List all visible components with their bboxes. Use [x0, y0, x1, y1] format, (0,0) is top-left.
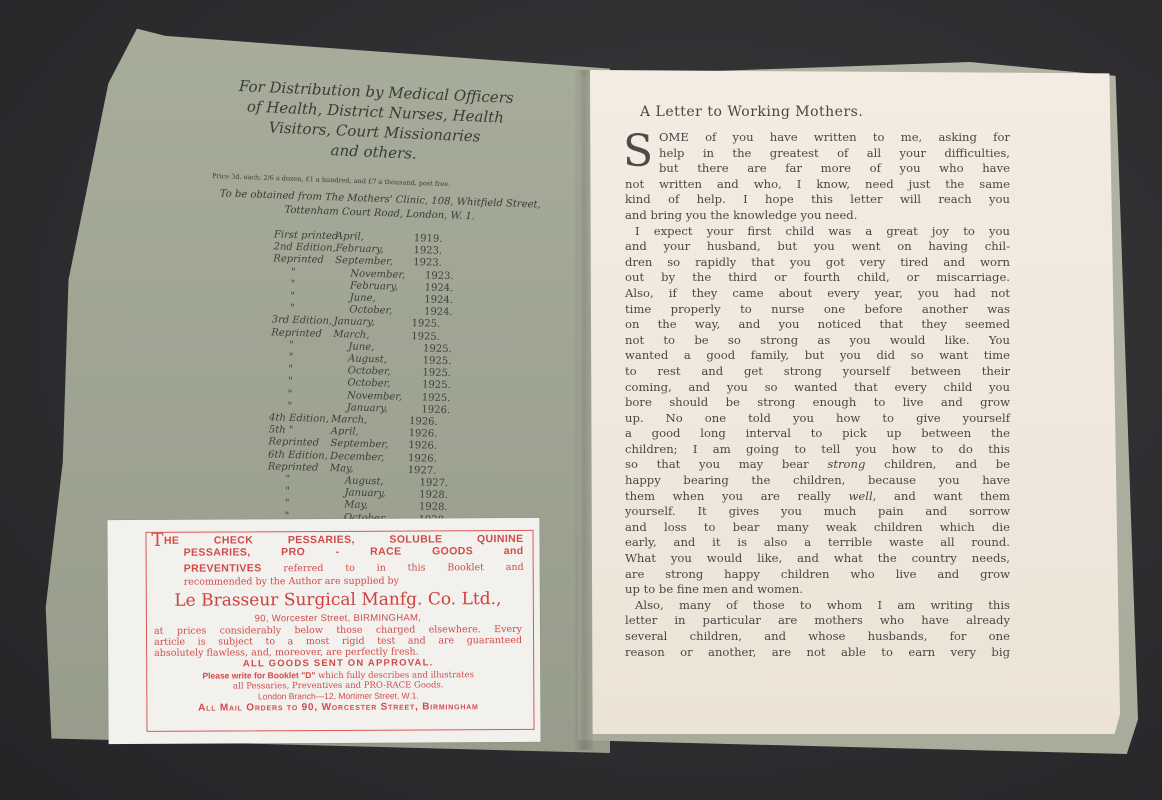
letter-line: children; I am going to tell you how to … [625, 442, 1010, 458]
letter-line: help in the greatest of all your difficu… [625, 146, 1010, 162]
letter-line: up to be fine men and women. [625, 582, 1010, 598]
letter-line: Also, if they came about every year, you… [625, 286, 1010, 302]
letter-line: and loss to bear many weak children whic… [625, 520, 1010, 536]
letter-line: them when you are really well, and want … [625, 489, 1010, 505]
advert-label: THE CHECK PESSARIES, SOLUBLE QUININE PES… [107, 518, 540, 744]
letter-line: and your husband, but you went on having… [625, 239, 1010, 255]
advert-company: Le Brasseur Surgical Manfg. Co. Ltd., [148, 588, 528, 612]
letter-line: bore should be strong enough to live and… [625, 395, 1010, 411]
letter-line: What you would like, and what the countr… [625, 551, 1010, 567]
letter-line: coming, and you so wanted that every chi… [625, 380, 1010, 396]
letter-line: I expect your first child was a great jo… [625, 224, 1010, 240]
advert-drop-letter: T [151, 530, 164, 551]
letter-line: happy bearing the children, because you … [625, 473, 1010, 489]
letter-line: several children, and whose husbands, fo… [625, 629, 1010, 645]
letter-line: are strong happy children who live and g… [625, 567, 1010, 583]
letter-line: Also, many of those to whom I am writing… [625, 598, 1010, 614]
letter-line: but there are far more of you who have [625, 161, 1010, 177]
text-run: them when you are really [625, 489, 848, 503]
letter-line: so that you may bear strong children, an… [625, 457, 1010, 473]
advert-booklet-request: Please write for Booklet "D" [202, 670, 315, 681]
letter-body: OME of you have written to me, asking fo… [625, 130, 1010, 660]
letter-line: and bring you the knowledge you need. [625, 208, 1010, 224]
letter-line: out by the third or fourth child, or mis… [625, 270, 1010, 286]
advert-line: referred to in this Booklet and [262, 562, 524, 574]
advert-line: PREVENTIVES [184, 562, 262, 574]
advert-text: THE CHECK PESSARIES, SOLUBLE QUININE PES… [147, 533, 528, 715]
letter-line: not to be so strong as you would like. Y… [625, 333, 1010, 349]
letter-line: kind of help. I hope this letter will re… [625, 192, 1010, 208]
advert-line: recommended by the Author are supplied b… [148, 575, 528, 588]
letter-line: yourself. It gives you much pain and sor… [625, 504, 1010, 520]
letter-line: reason or another, are not able to earn … [625, 645, 1010, 661]
letter-line: dren so rapidly that you got very tired … [625, 255, 1010, 271]
letter-line: OME of you have written to me, asking fo… [625, 130, 1010, 146]
edition-history: First printedApril,1919.2nd Edition,Febr… [266, 229, 474, 539]
advert-mail-orders: All Mail Orders to 90, Worcester Street,… [148, 700, 528, 715]
letter-line: to rest and get strong yourself between … [625, 364, 1010, 380]
emphasis: strong [827, 457, 865, 471]
spine [575, 70, 593, 750]
text-run: children, and be [865, 457, 1010, 471]
advert-booklet-desc: which fully describes and illustrates [315, 670, 474, 681]
letter-line: on the way, and you noticed that they se… [625, 317, 1010, 333]
letter-line: time properly to nurse one before anothe… [625, 302, 1010, 318]
letter-line: early, and it is also a terrible waste a… [625, 535, 1010, 551]
letter-line: wanted a good family, but you did so wan… [625, 348, 1010, 364]
letter-line: letter in particular are mothers who hav… [625, 613, 1010, 629]
letter-title: A Letter to Working Mothers. [640, 104, 960, 120]
text-run: , and want them [873, 489, 1010, 503]
letter-line: up. No one told you how to give yourself [625, 411, 1010, 427]
emphasis: well [848, 489, 872, 503]
text-run: so that you may bear [625, 457, 827, 471]
distribution-heading: For Distribution by Medical Officers of … [193, 74, 556, 170]
letter-line: not written and who, I know, need just t… [625, 177, 1010, 193]
letter-line: a good long interval to pick up between … [625, 426, 1010, 442]
